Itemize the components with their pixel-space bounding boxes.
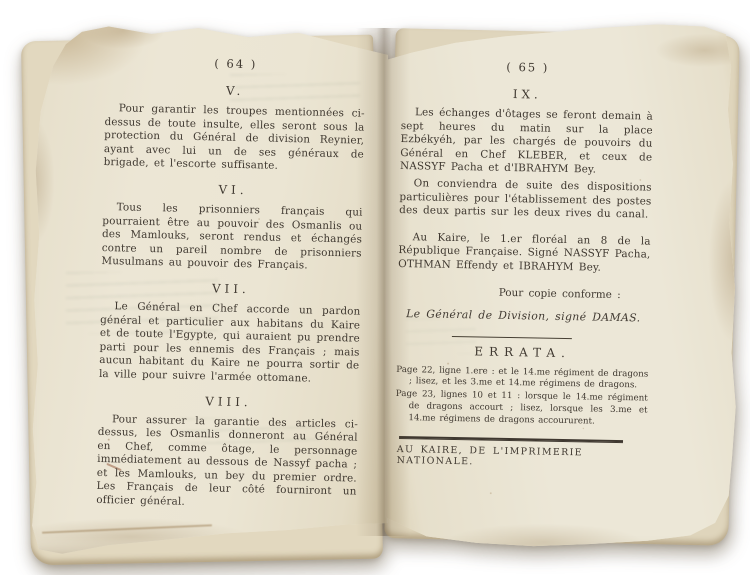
article-v-heading: V. (105, 81, 365, 101)
signature-line: Le Général de Division, signé DAMAS. (397, 306, 649, 324)
imprint-divider-rule (399, 436, 623, 443)
page-number-65: ( 65 ) (402, 58, 654, 77)
paper-crease (42, 524, 212, 533)
errata-item-2: Page 23, lignes 10 et 11 : lorsque le 14… (395, 389, 648, 429)
article-ix-heading: IX. (401, 85, 653, 104)
errata-title: ERRATA. (397, 342, 649, 361)
article-viii-heading: VIII. (98, 391, 358, 411)
errata-item-1: Page 22, ligne 1.ere : et le 14.me régim… (396, 364, 648, 392)
page-64-text-block: ( 64 ) V. Pour garantir les troupes ment… (96, 54, 366, 516)
article-ix-text-2: On conviendra de suite des dispositions … (399, 177, 652, 222)
article-viii-text: Pour assurer la garantie des articles ci… (96, 412, 358, 513)
article-vi-heading: VI. (103, 180, 363, 200)
page-64: ( 64 ) V. Pour garantir les troupes ment… (30, 20, 388, 558)
article-vii-text: Le Général en Chef accorde un pardon gén… (99, 300, 361, 387)
article-ix-text-1: Les échanges d'ôtages se feront demain à… (400, 106, 653, 179)
article-vi-text: Tous les prisonniers français qui pourra… (101, 201, 362, 275)
errata-divider-rule (452, 335, 572, 338)
page-number-64: ( 64 ) (106, 54, 366, 74)
copy-conform-line: Pour copie conforme : (398, 284, 650, 301)
printer-imprint: AU KAIRE, DE L'IMPRIMERIE NATIONALE. (397, 443, 647, 470)
article-v-text: Pour garantir les troupes mentionnées ci… (103, 102, 364, 176)
page-65-text-block: ( 65 ) IX. Les échanges d'ôtages se fero… (395, 58, 654, 470)
open-booklet: ( 64 ) V. Pour garantir les troupes ment… (0, 0, 750, 575)
page-65: ( 65 ) IX. Les échanges d'ôtages se fero… (384, 18, 740, 558)
article-vii-heading: VII. (101, 279, 361, 299)
photograph-background: ( 64 ) V. Pour garantir les troupes ment… (0, 0, 750, 575)
dateline-signatures: Au Kaire, le 1.er floréal an 8 de la Rép… (398, 231, 651, 276)
